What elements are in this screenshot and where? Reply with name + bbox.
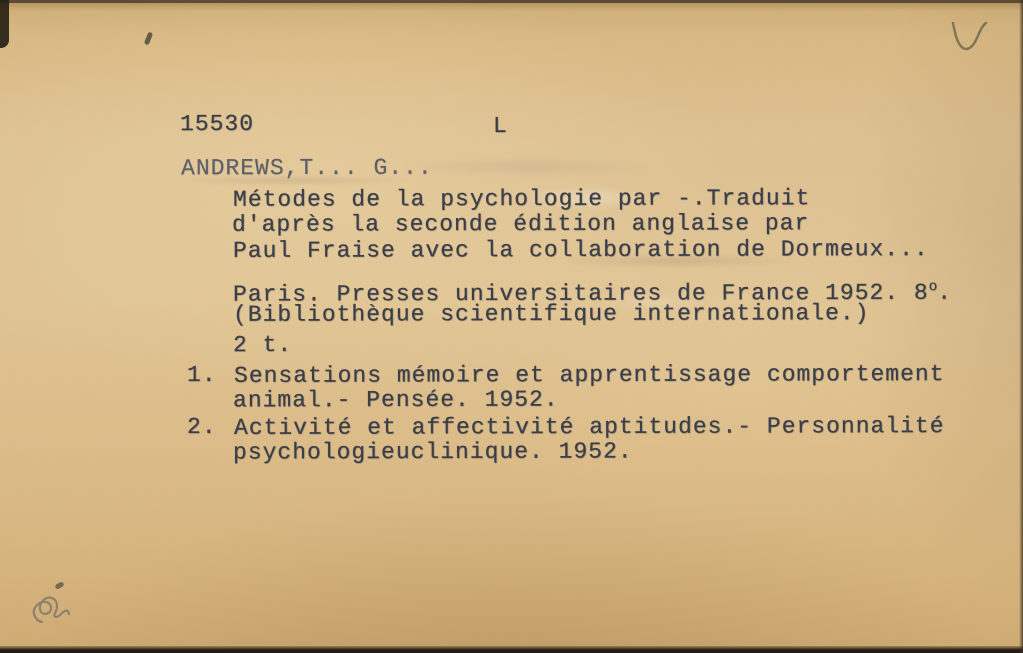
pencil-scribble-icon: [28, 588, 88, 633]
volume-count: 2 t.: [233, 333, 292, 358]
imprint-line-2: (Bibliothèque scientifique international…: [233, 301, 870, 328]
scan-corner-mark: [0, 0, 9, 48]
author-heading: ANDREWS,T... G...: [181, 156, 433, 182]
title-line-1: Métodes de la psychologie par -.Traduit: [233, 186, 810, 213]
card-top-shadow: [0, 3, 1023, 11]
scan-edge-right: [1019, 0, 1023, 653]
imprint-period: .: [937, 280, 952, 306]
catalog-card-scan: 15530 L ANDREWS,T... G... Métodes de la …: [0, 0, 1023, 653]
item-1-number: 1.: [187, 363, 217, 388]
item-2-line-1: Activité et affectivité aptitudes.- Pers…: [234, 414, 945, 441]
item-1-line-2: animal.- Pensée. 1952.: [233, 388, 559, 414]
card-number: 15530: [180, 112, 254, 137]
title-line-2: d'après la seconde édition anglaise par: [232, 211, 809, 238]
item-2-line-2: psychologieuclinique. 1952.: [233, 439, 633, 465]
shelf-letter: L: [493, 114, 508, 139]
item-2-number: 2.: [187, 415, 217, 440]
title-line-3: Paul Fraise avec la collaboration de Dor…: [233, 237, 929, 264]
scan-edge-bottom: [0, 646, 1023, 653]
item-1-line-1: Sensations mémoire et apprentissage comp…: [234, 362, 945, 389]
pen-checkmark-icon: [946, 20, 994, 62]
